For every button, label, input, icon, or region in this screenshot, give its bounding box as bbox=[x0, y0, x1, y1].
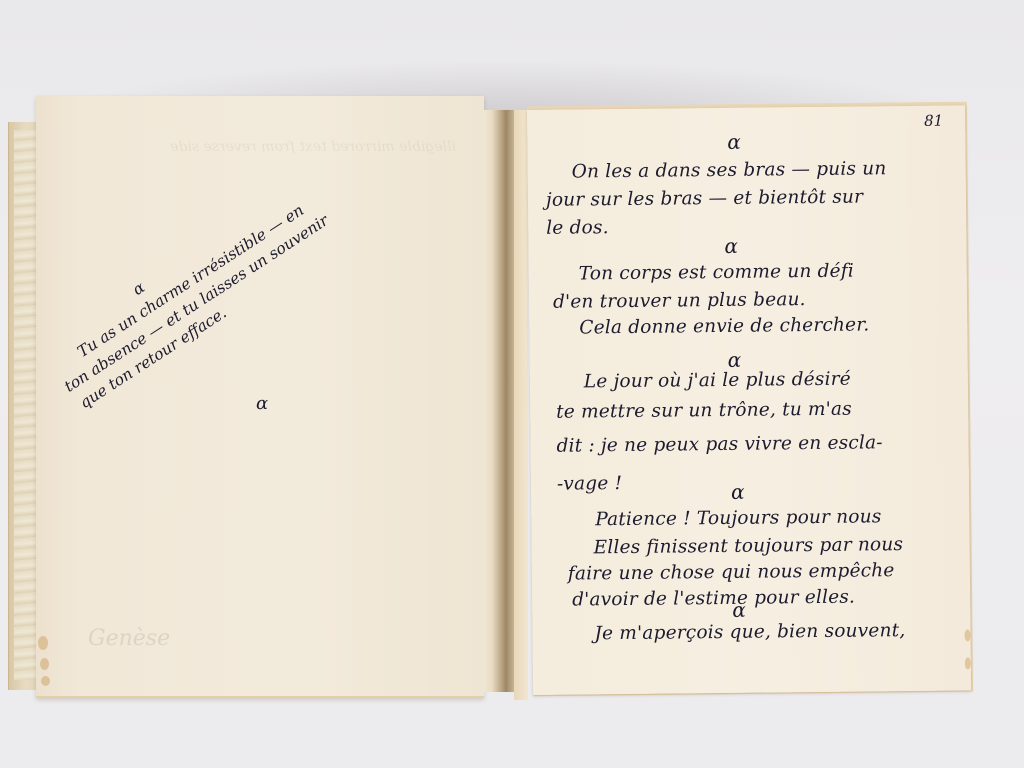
entry-line: Cela donne envie de chercher. bbox=[579, 314, 869, 338]
foxing-stain bbox=[38, 636, 48, 650]
entry-line: le dos. bbox=[546, 217, 609, 239]
entry-line: d'avoir de l'estime pour elles. bbox=[572, 587, 855, 611]
page-number: 81 bbox=[924, 112, 943, 130]
separator-alpha: α bbox=[731, 480, 745, 504]
entry-line: Elles finissent toujours par nous bbox=[593, 534, 903, 558]
entry-line: Je m'aperçois que, bien souvent, bbox=[594, 620, 905, 644]
foxing-stain bbox=[965, 657, 971, 669]
separator-alpha: α bbox=[727, 130, 741, 154]
show-through-text: illegible mirrored text from reverse sid… bbox=[96, 136, 456, 158]
foxing-stain bbox=[40, 658, 49, 670]
separator-alpha: α bbox=[728, 348, 742, 372]
foxing-stain bbox=[964, 629, 970, 641]
diagonal-text: α Tu as un charme irrésistible — en ton … bbox=[36, 173, 345, 416]
separator-alpha-bottom: α bbox=[256, 393, 268, 414]
left-cover-spine-strip bbox=[14, 130, 36, 680]
foxing-stain bbox=[41, 676, 50, 686]
entry-line: dit : je ne peux pas vivre en escla- bbox=[556, 432, 882, 456]
entry-line: Ton corps est comme un défi bbox=[579, 261, 854, 285]
entry-line: te mettre sur un trône, tu m'as bbox=[556, 399, 852, 423]
entry-line: Patience ! Toujours pour nous bbox=[595, 506, 881, 530]
right-page: 81 α On les a dans ses bras — puis un jo… bbox=[527, 105, 971, 695]
entry-line: On les a dans ses bras — puis un bbox=[572, 158, 887, 182]
entry-line: Le jour où j'ai le plus désiré bbox=[584, 369, 851, 393]
page-stack-edge bbox=[514, 110, 528, 700]
pencil-annotation: Genèse bbox=[88, 626, 170, 651]
entry-line: d'en trouver un plus beau. bbox=[553, 289, 806, 313]
separator-alpha: α bbox=[732, 598, 746, 622]
separator-alpha: α bbox=[724, 234, 738, 258]
entry-line: jour sur les bras — et bientôt sur bbox=[546, 186, 863, 210]
entry-line: faire une chose qui nous empêche bbox=[568, 560, 895, 584]
entry-line: -vage ! bbox=[557, 473, 622, 495]
left-page-diagonal-note: α Tu as un charme irrésistible — en ton … bbox=[70, 205, 430, 505]
